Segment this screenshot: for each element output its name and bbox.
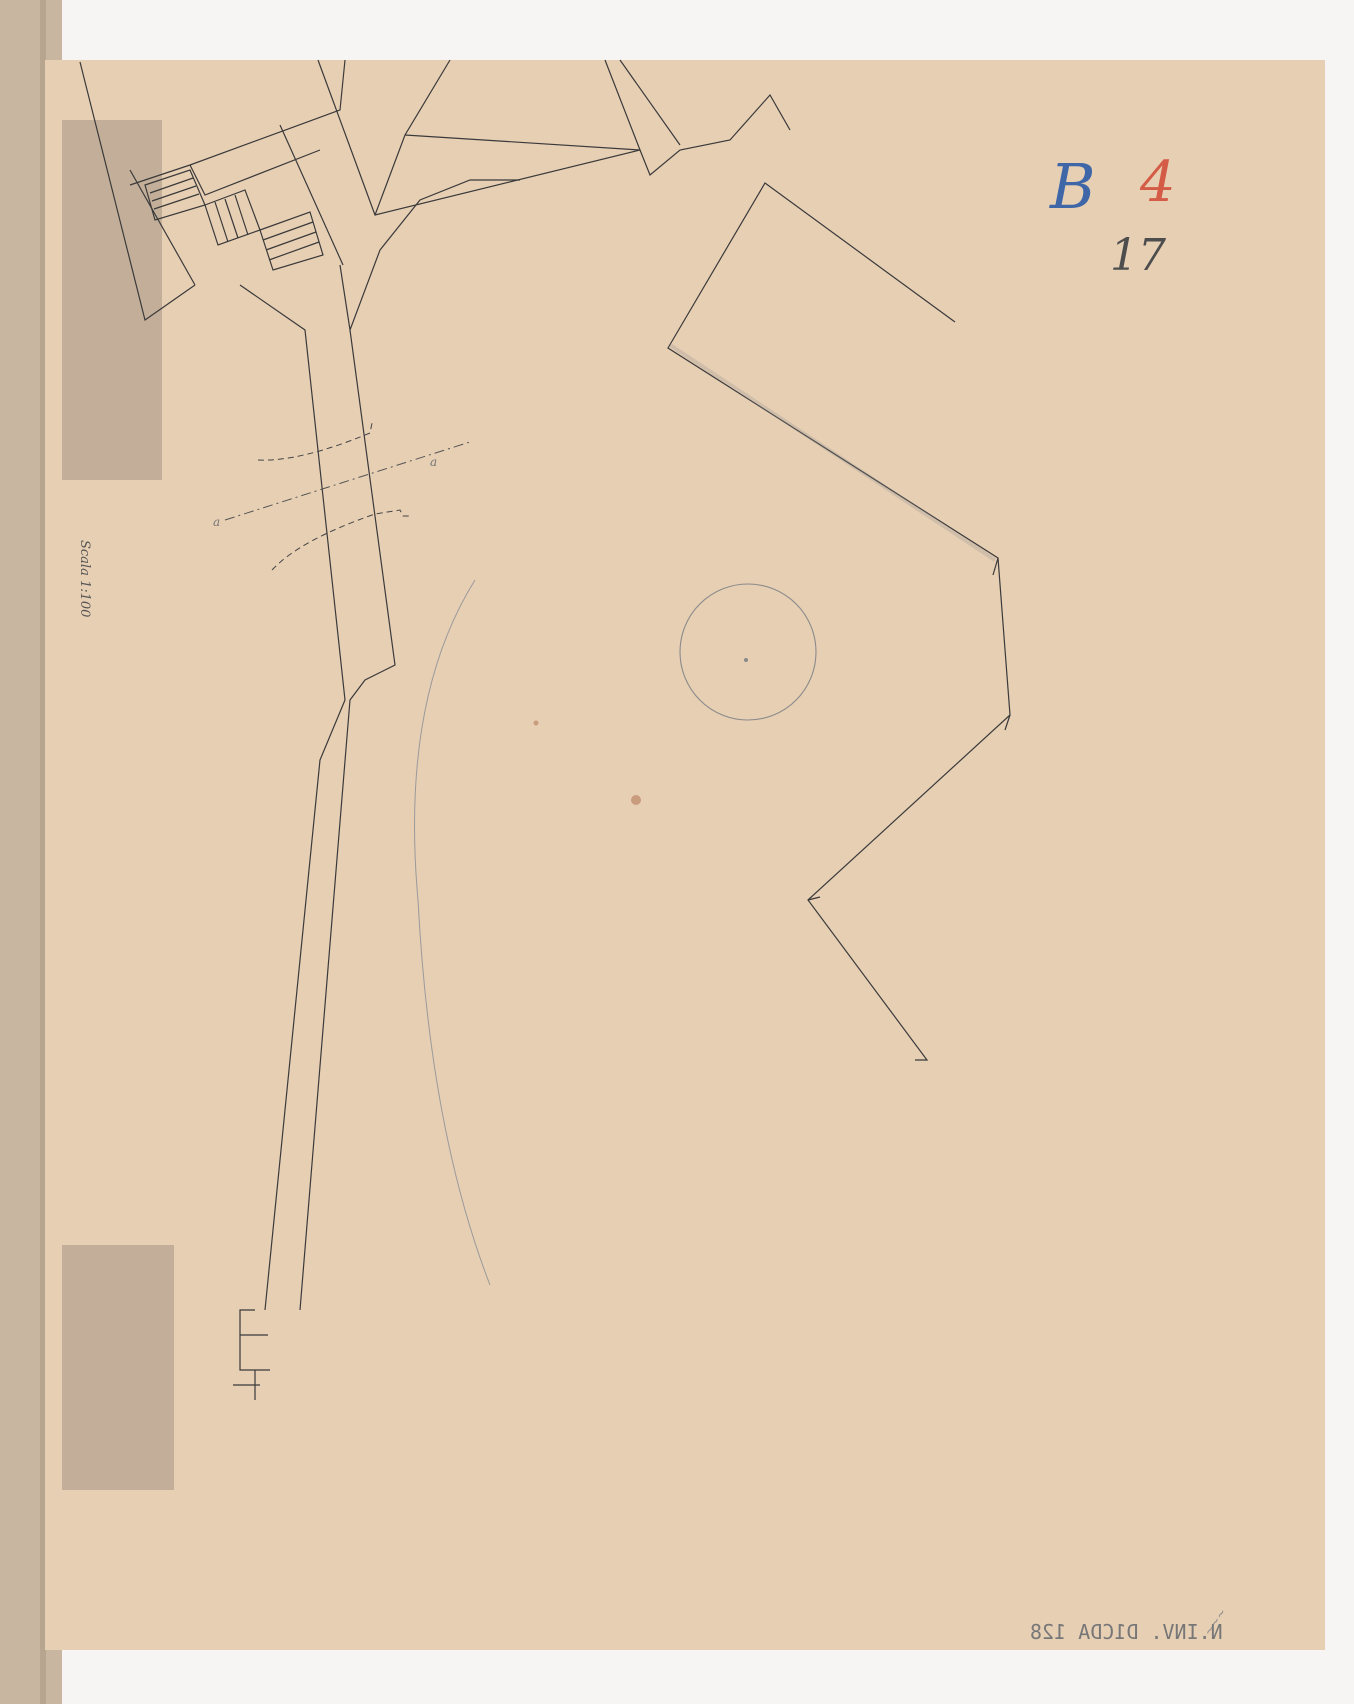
section-label-right: a bbox=[430, 455, 437, 469]
sheet-letter-annotation: B bbox=[1050, 150, 1096, 223]
building-outline-left bbox=[80, 62, 195, 320]
sheet-number-red-annotation: 4 bbox=[1140, 150, 1176, 215]
sheet-number-pencil-annotation: 17 bbox=[1110, 230, 1166, 281]
pencil-circle bbox=[680, 584, 816, 720]
scale-note: Scala 1:100 bbox=[77, 540, 92, 617]
inventory-stamp-mirrored: N.INV. D1CDA 128 bbox=[1030, 1620, 1223, 1644]
section-label-left: a bbox=[213, 515, 220, 529]
